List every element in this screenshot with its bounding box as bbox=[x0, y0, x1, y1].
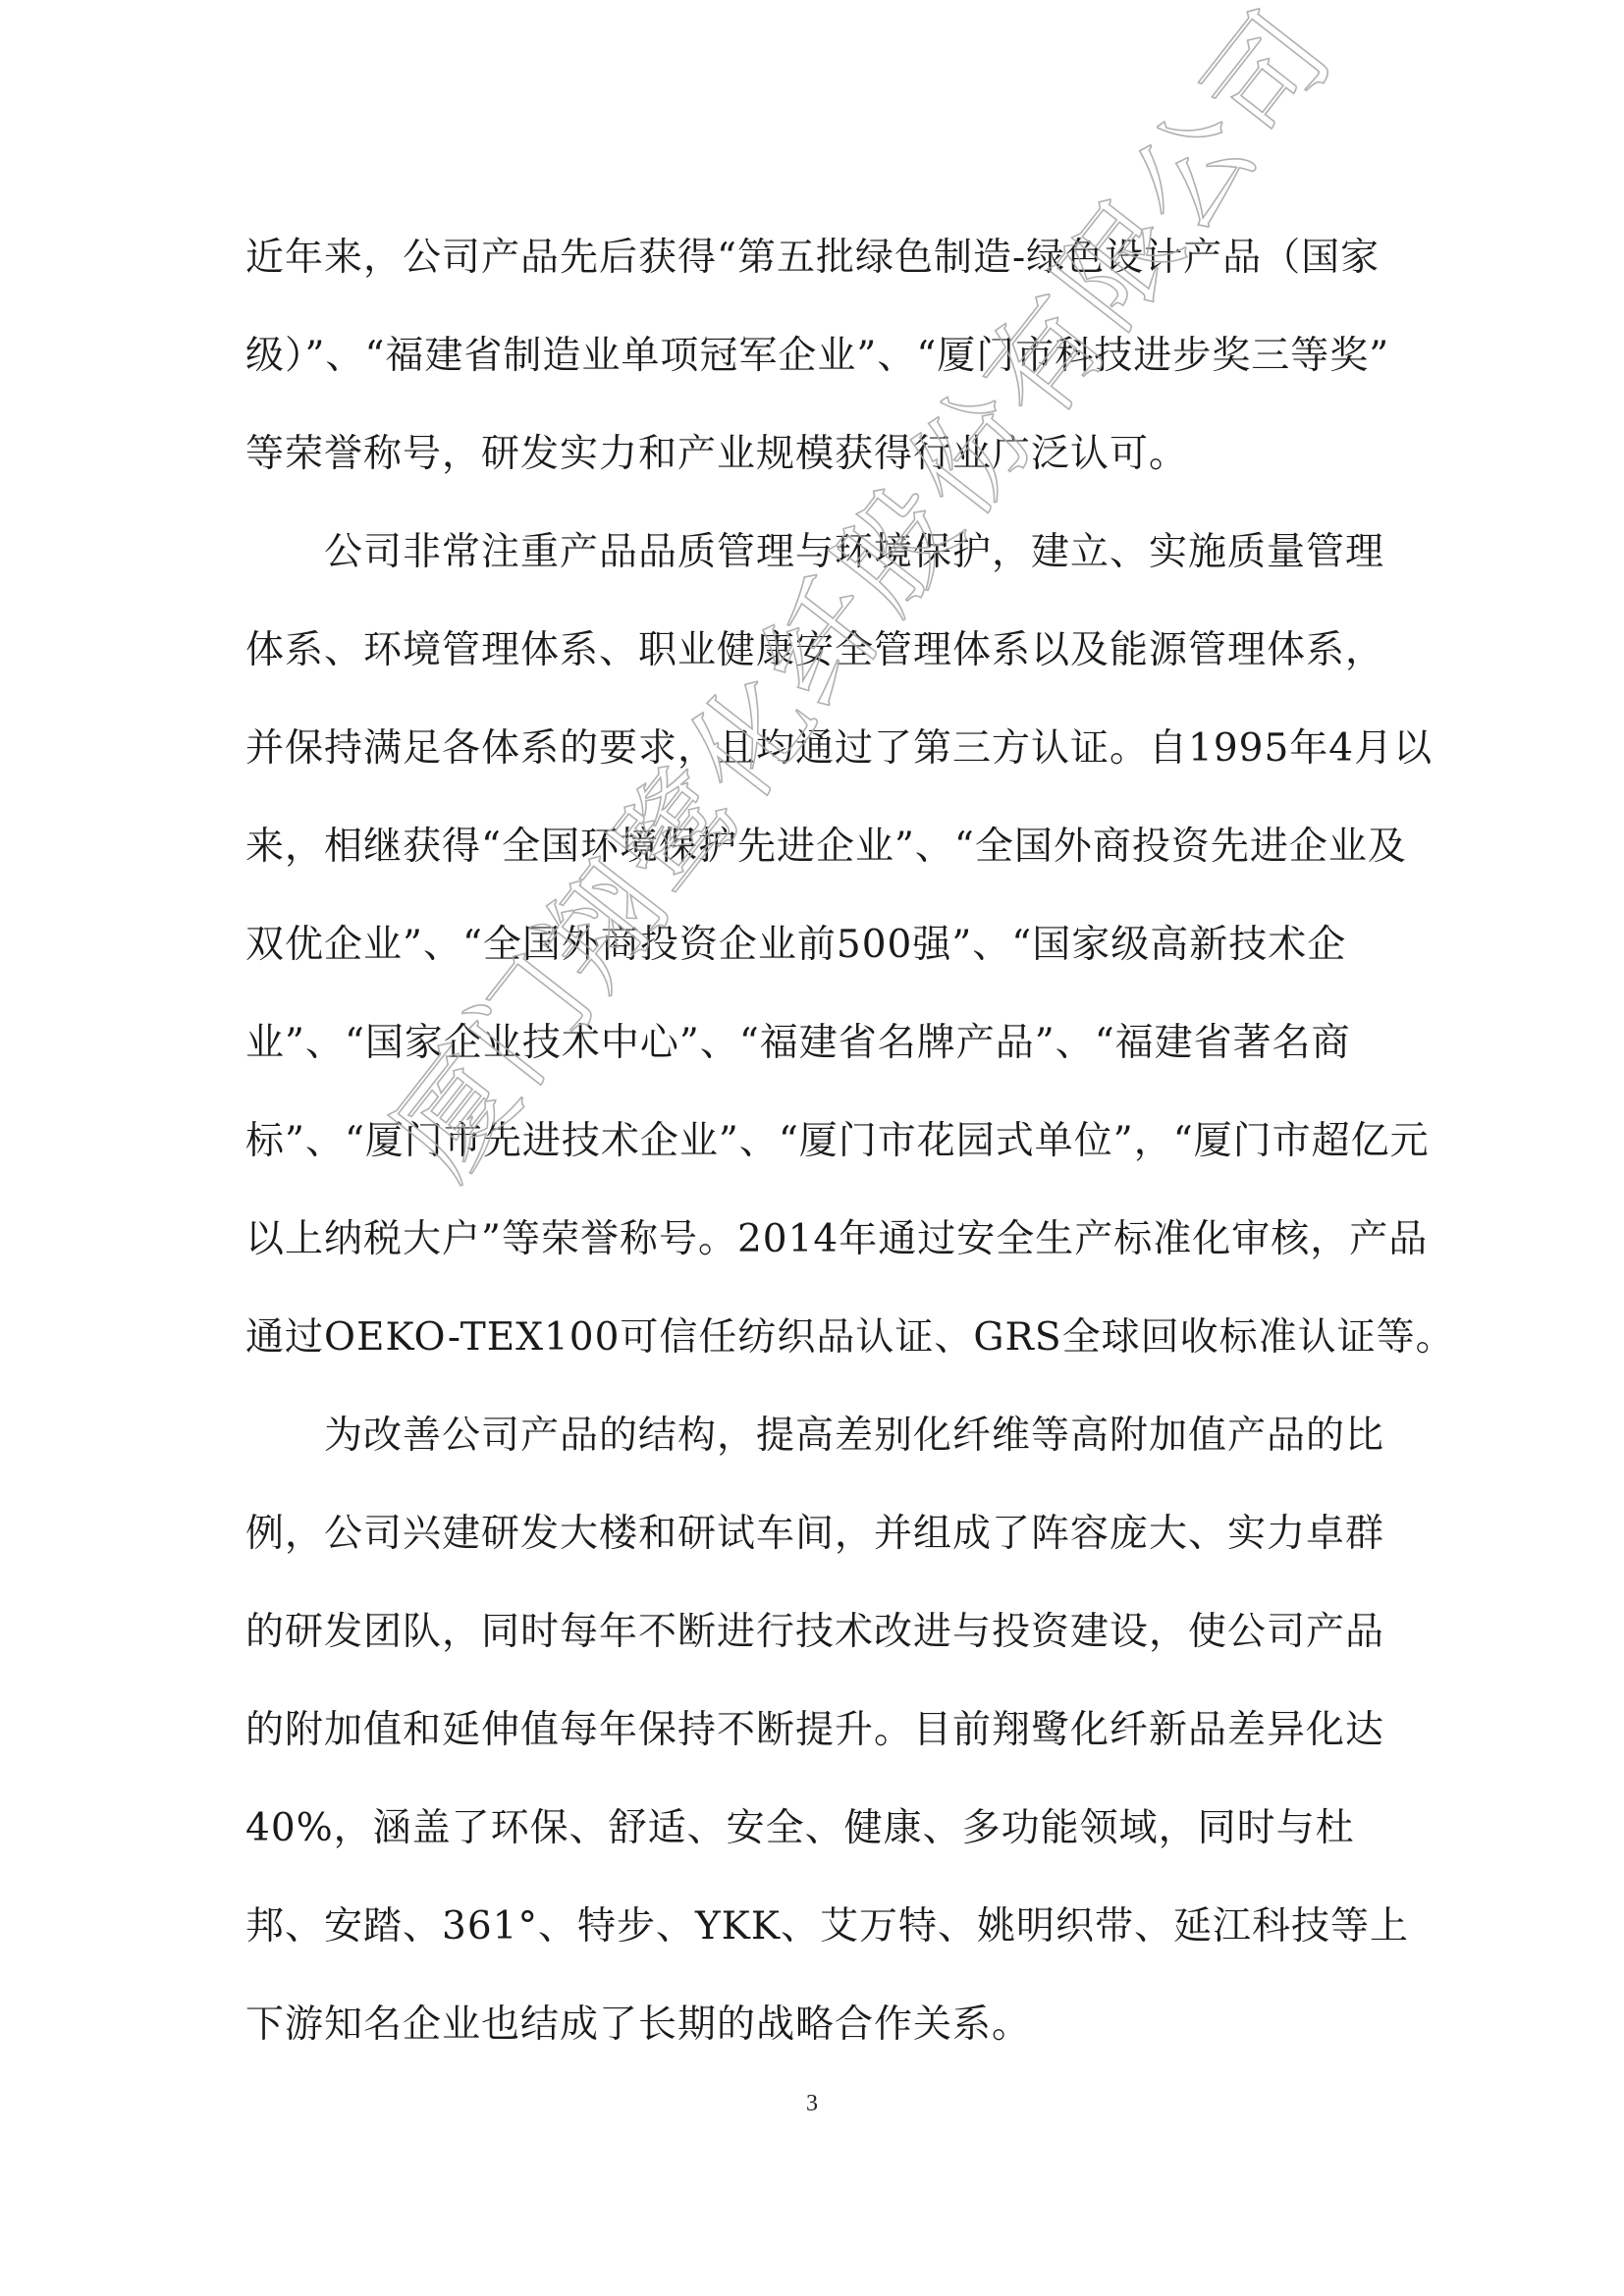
text-line: 级）”、“福建省制造业单项冠军企业”、“厦门市科技进步奖三等奖” bbox=[245, 307, 1375, 405]
page-body: 近年来，公司产品先后获得“第五批绿色制造-绿色设计产品（国家 级）”、“福建省制… bbox=[245, 209, 1375, 2074]
text-line: 近年来，公司产品先后获得“第五批绿色制造-绿色设计产品（国家 bbox=[245, 209, 1375, 307]
paragraph-quality-management: 公司非常注重产品品质管理与环境保护，建立、实施质量管理 体系、环境管理体系、职业… bbox=[245, 504, 1375, 1387]
text-line: 为改善公司产品的结构，提高差别化纤维等高附加值产品的比 bbox=[245, 1387, 1375, 1485]
text-line: 并保持满足各体系的要求，且均通过了第三方认证。自1995年4月以 bbox=[245, 700, 1375, 798]
paragraph-awards-recent: 近年来，公司产品先后获得“第五批绿色制造-绿色设计产品（国家 级）”、“福建省制… bbox=[245, 209, 1375, 504]
text-line: 体系、环境管理体系、职业健康安全管理体系以及能源管理体系， bbox=[245, 602, 1375, 700]
text-line: 的附加值和延伸值每年保持不断提升。目前翔鹭化纤新品差异化达 bbox=[245, 1682, 1375, 1780]
text-line: 业”、“国家企业技术中心”、“福建省名牌产品”、“福建省著名商 bbox=[245, 994, 1375, 1093]
text-line: 的研发团队，同时每年不断进行技术改进与投资建设，使公司产品 bbox=[245, 1583, 1375, 1682]
text-line: 标”、“厦门市先进技术企业”、“厦门市花园式单位”，“厦门市超亿元 bbox=[245, 1093, 1375, 1191]
text-line: 以上纳税大户”等荣誉称号。2014年通过安全生产标准化审核，产品 bbox=[245, 1191, 1375, 1289]
text-line: 等荣誉称号，研发实力和产业规模获得行业广泛认可。 bbox=[245, 405, 1375, 504]
text-line: 例，公司兴建研发大楼和研试车间，并组成了阵容庞大、实力卓群 bbox=[245, 1485, 1375, 1583]
paragraph-product-structure: 为改善公司产品的结构，提高差别化纤维等高附加值产品的比 例，公司兴建研发大楼和研… bbox=[245, 1387, 1375, 2074]
text-line: 双优企业”、“全国外商投资企业前500强”、“国家级高新技术企 bbox=[245, 896, 1375, 994]
text-line: 来，相继获得“全国环境保护先进企业”、“全国外商投资先进企业及 bbox=[245, 798, 1375, 896]
text-line: 公司非常注重产品品质管理与环境保护，建立、实施质量管理 bbox=[245, 504, 1375, 602]
text-line: 通过OEKO-TEX100可信任纺织品认证、GRS全球回收标准认证等。 bbox=[245, 1289, 1375, 1387]
text-line: 邦、安踏、361°、特步、YKK、艾万特、姚明织带、延江科技等上 bbox=[245, 1878, 1375, 1976]
text-line: 40%，涵盖了环保、舒适、安全、健康、多功能领域，同时与杜 bbox=[245, 1780, 1375, 1878]
document-page: 近年来，公司产品先后获得“第五批绿色制造-绿色设计产品（国家 级）”、“福建省制… bbox=[0, 0, 1624, 2296]
page-number: 3 bbox=[0, 2091, 1624, 2117]
text-line: 下游知名企业也结成了长期的战略合作关系。 bbox=[245, 1976, 1375, 2074]
